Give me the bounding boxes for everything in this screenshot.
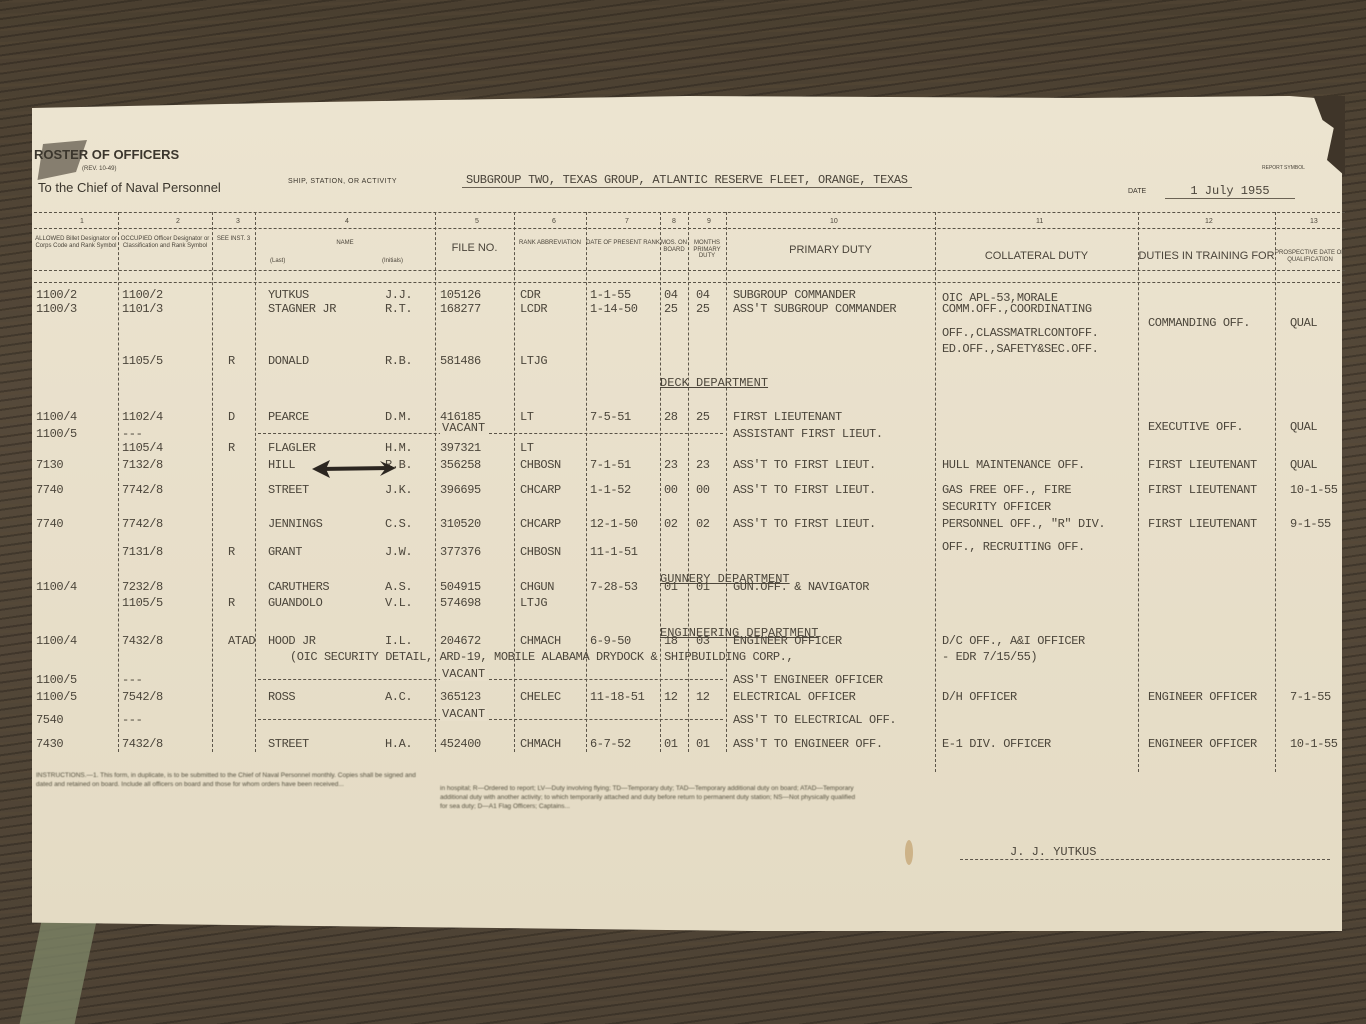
hand-drawn-arrow-icon (312, 458, 402, 480)
cell-file: 452400 (440, 737, 481, 751)
activity-label: SHIP, STATION, OR ACTIVITY (288, 178, 397, 185)
column-header: RANK ABBREVIATION (514, 240, 586, 247)
cell-occupied: 1105/4 (122, 441, 163, 455)
cell-rank: CHCARP (520, 517, 561, 531)
cell-mos-primary: 25 (696, 302, 710, 316)
cell-mos-board: 18 (664, 634, 678, 648)
column-header: COLLATERAL DUTY (935, 250, 1138, 262)
column-number: 4 (345, 218, 349, 225)
cell-initials: I.L. (385, 634, 412, 648)
column-number: 5 (475, 218, 479, 225)
cell-collateral: COMM.OFF.,COORDINATING (942, 302, 1092, 316)
cell-allowed: 1100/5 (36, 690, 77, 704)
cell-file: 204672 (440, 634, 481, 648)
cell-collateral: PERSONNEL OFF., "R" DIV. (942, 517, 1105, 531)
cell-collateral: D/C OFF., A&I OFFICER (942, 634, 1085, 648)
cell-occupied: --- (122, 673, 142, 687)
instructions-right: in hospital; R—Ordered to report; LV—Dut… (440, 785, 860, 811)
cell-occupied: --- (122, 427, 142, 441)
column-number: 8 (672, 218, 676, 225)
cell-rank: CHBOSN (520, 458, 561, 472)
cell-allowed: 7740 (36, 517, 63, 531)
cell-training: EXECUTIVE OFF. (1148, 420, 1243, 434)
cell-mos-board: 01 (664, 580, 678, 594)
cell-primary: ASS'T SUBGROUP COMMANDER (733, 302, 896, 316)
cell-allowed: 1100/4 (36, 634, 77, 648)
cell-rank: CDR (520, 288, 540, 302)
cell-qual: 7-1-55 (1290, 690, 1331, 704)
cell-date-rank: 6-7-52 (590, 737, 631, 751)
cell-last: STREET (268, 737, 309, 751)
cell-mos-primary: 04 (696, 288, 710, 302)
cell-collateral: - EDR 7/15/55) (942, 650, 1037, 664)
cell-date-rank: 6-9-50 (590, 634, 631, 648)
cell-last: ROSS (268, 690, 295, 704)
column-header: ALLOWED Billet Designator or Corps Code … (34, 236, 118, 249)
cell-initials: J.K. (385, 483, 412, 497)
name-sub-initials: (Initials) (382, 258, 403, 265)
cell-last: CARUTHERS (268, 580, 329, 594)
cell-file: 504915 (440, 580, 481, 594)
cell-primary: ASS'T ENGINEER OFFICER (733, 673, 883, 687)
cell-initials: C.S. (385, 517, 412, 531)
cell-allowed: 1100/5 (36, 673, 77, 687)
cell-occupied: 7132/8 (122, 458, 163, 472)
signature: J. J. YUTKUS (960, 845, 1330, 860)
table-rule (34, 212, 1345, 213)
cell-initials: R.T. (385, 302, 412, 316)
column-divider (212, 212, 213, 752)
cell-training: COMMANDING OFF. (1148, 316, 1250, 330)
cell-inst: R (228, 596, 235, 610)
cell-qual: 9-1-55 (1290, 517, 1331, 531)
cell-occupied: 1101/3 (122, 302, 163, 316)
cell-last: DONALD (268, 354, 309, 368)
vacant-line (258, 719, 723, 720)
cell-primary: ASS'T TO FIRST LIEUT. (733, 517, 876, 531)
cell-allowed: 7130 (36, 458, 63, 472)
cell-rank: LTJG (520, 596, 547, 610)
form-revision: (REV. 10-49) (82, 166, 116, 172)
cell-collateral: E-1 DIV. OFFICER (942, 737, 1051, 751)
column-header: OCCUPIED Officer Designator or Classific… (118, 236, 212, 249)
cell-inst: ATAD (228, 634, 255, 648)
column-header: DUTIES IN TRAINING FOR (1138, 250, 1275, 262)
column-divider (255, 212, 256, 752)
cell-mos-board: 23 (664, 458, 678, 472)
column-number: 10 (830, 218, 838, 225)
column-header: DATE OF PRESENT RANK (586, 240, 660, 247)
cell-occupied: 7432/8 (122, 634, 163, 648)
cell-rank: CHGUN (520, 580, 554, 594)
cell-date-rank: 1-1-55 (590, 288, 631, 302)
cell-file: 105126 (440, 288, 481, 302)
cell-file: 574698 (440, 596, 481, 610)
column-divider (586, 212, 587, 752)
cell-rank: LCDR (520, 302, 547, 316)
cell-primary: FIRST LIEUTENANT (733, 410, 842, 424)
cell-training: FIRST LIEUTENANT (1148, 517, 1257, 531)
cell-primary: GUN.OFF. & NAVIGATOR (733, 580, 869, 594)
column-number: 7 (625, 218, 629, 225)
cell-mos-primary: 23 (696, 458, 710, 472)
cell-rank: LT (520, 441, 534, 455)
cell-initials: D.M. (385, 410, 412, 424)
column-header: PRIMARY DUTY (726, 244, 935, 256)
cell-qual: QUAL (1290, 316, 1317, 330)
column-number: 13 (1310, 218, 1318, 225)
cell-mos-board: 00 (664, 483, 678, 497)
cell-mos-primary: 25 (696, 410, 710, 424)
column-divider (688, 212, 689, 752)
cell-last: HILL (268, 458, 295, 472)
column-number: 9 (707, 218, 711, 225)
cell-file: 377376 (440, 545, 481, 559)
cell-allowed: 1100/2 (36, 288, 77, 302)
cell-primary: ASS'T TO FIRST LIEUT. (733, 458, 876, 472)
cell-inst: D (228, 410, 235, 424)
cell-last: GRANT (268, 545, 302, 559)
cell-occupied: 1100/2 (122, 288, 163, 302)
cell-collateral: OFF.,CLASSMATRLCONTOFF. (942, 326, 1098, 340)
cell-mos-board: 28 (664, 410, 678, 424)
column-divider (660, 212, 661, 752)
column-divider (726, 212, 727, 752)
column-divider (935, 212, 936, 772)
cell-file: 356258 (440, 458, 481, 472)
cell-last: YUTKUS (268, 288, 309, 302)
column-number: 1 (80, 218, 84, 225)
column-header: MOS. ON BOARD (660, 240, 688, 253)
cell-rank: CHMACH (520, 634, 561, 648)
stain (905, 840, 913, 865)
cell-qual: QUAL (1290, 420, 1317, 434)
cell-date-rank: 1-14-50 (590, 302, 638, 316)
cell-occupied: 7542/8 (122, 690, 163, 704)
column-number: 3 (236, 218, 240, 225)
cell-file: 365123 (440, 690, 481, 704)
cell-initials: V.L. (385, 596, 412, 610)
cell-primary: ASS'T TO ELECTRICAL OFF. (733, 713, 896, 727)
cell-mos-primary: 03 (696, 634, 710, 648)
cell-allowed: 7540 (36, 713, 63, 727)
cell-collateral: OFF., RECRUITING OFF. (942, 540, 1085, 554)
cell-occupied: --- (122, 713, 142, 727)
column-divider (118, 212, 119, 752)
column-divider (1138, 212, 1139, 772)
cell-file: 168277 (440, 302, 481, 316)
column-divider (1275, 212, 1276, 772)
cell-date-rank: 1-1-52 (590, 483, 631, 497)
table-rule (34, 228, 1345, 229)
vacant-line (258, 679, 723, 680)
cell-mos-primary: 12 (696, 690, 710, 704)
cell-mos-board: 02 (664, 517, 678, 531)
cell-initials: H.A. (385, 737, 412, 751)
cell-last: STAGNER JR (268, 302, 336, 316)
cell-inst: R (228, 354, 235, 368)
cell-initials: H.M. (385, 441, 412, 455)
cell-date-rank: 7-5-51 (590, 410, 631, 424)
column-divider (514, 212, 515, 752)
cell-last: PEARCE (268, 410, 309, 424)
cell-allowed: 1100/3 (36, 302, 77, 316)
cell-mos-board: 12 (664, 690, 678, 704)
form-recipient: To the Chief of Naval Personnel (38, 180, 221, 195)
cell-occupied: 7742/8 (122, 483, 163, 497)
cell-collateral: HULL MAINTENANCE OFF. (942, 458, 1085, 472)
cell-initials: J.W. (385, 545, 412, 559)
cell-occupied: 7232/8 (122, 580, 163, 594)
cell-rank: CHELEC (520, 690, 561, 704)
cell-primary: ENGINEER OFFICER (733, 634, 842, 648)
cell-allowed: 1100/4 (36, 580, 77, 594)
cell-occupied: 7742/8 (122, 517, 163, 531)
cell-file: 310520 (440, 517, 481, 531)
name-sub-last: (Last) (270, 258, 285, 265)
cell-date-rank: 7-1-51 (590, 458, 631, 472)
table-rule (34, 270, 1345, 271)
dept-deck: DECK DEPARTMENT (660, 376, 768, 390)
cell-primary: SUBGROUP COMMANDER (733, 288, 855, 302)
vacant-line (258, 433, 723, 434)
cell-initials: A.C. (385, 690, 412, 704)
vacant-label: VACANT (440, 421, 487, 435)
cell-occupied: 1105/5 (122, 354, 163, 368)
cell-file: 397321 (440, 441, 481, 455)
cell-date-rank: 7-28-53 (590, 580, 638, 594)
cell-primary: ASS'T TO ENGINEER OFF. (733, 737, 883, 751)
cell-collateral: SECURITY OFFICER (942, 500, 1051, 514)
cell-collateral: GAS FREE OFF., FIRE (942, 483, 1071, 497)
cell-occupied: 1102/4 (122, 410, 163, 424)
column-number: 6 (552, 218, 556, 225)
cell-note: (OIC SECURITY DETAIL, ARD-19, MOBILE ALA… (290, 650, 793, 664)
instructions-left: INSTRUCTIONS.—1. This form, in duplicate… (36, 772, 416, 790)
cell-occupied: 7432/8 (122, 737, 163, 751)
cell-rank: LT (520, 410, 534, 424)
column-number: 2 (176, 218, 180, 225)
column-header: MONTHS PRIMARY DUTY (688, 240, 726, 260)
cell-initials: A.S. (385, 580, 412, 594)
cell-allowed: 7430 (36, 737, 63, 751)
date-label: DATE (1128, 188, 1146, 195)
cell-training: ENGINEER OFFICER (1148, 690, 1257, 704)
cell-primary: ASSISTANT FIRST LIEUT. (733, 427, 883, 441)
column-number: 12 (1205, 218, 1213, 225)
cell-occupied: 7131/8 (122, 545, 163, 559)
signature-name: J. J. YUTKUS (1010, 845, 1096, 859)
cell-last: JENNINGS (268, 517, 322, 531)
column-header: FILE NO. (435, 242, 514, 254)
cell-inst: R (228, 545, 235, 559)
cell-primary: ELECTRICAL OFFICER (733, 690, 855, 704)
cell-date-rank: 11-18-51 (590, 690, 644, 704)
cell-date-rank: 11-1-51 (590, 545, 638, 559)
cell-mos-board: 01 (664, 737, 678, 751)
cell-qual: QUAL (1290, 458, 1317, 472)
cell-rank: CHBOSN (520, 545, 561, 559)
cell-last: FLAGLER (268, 441, 316, 455)
column-divider (435, 212, 436, 752)
date-value: 1 July 1955 (1165, 184, 1295, 199)
cell-collateral: ED.OFF.,SAFETY&SEC.OFF. (942, 342, 1098, 356)
cell-allowed: 1100/5 (36, 427, 77, 441)
form-title: ROSTER OF OFFICERS (34, 147, 179, 162)
cell-training: FIRST LIEUTENANT (1148, 458, 1257, 472)
cell-date-rank: 12-1-50 (590, 517, 638, 531)
cell-training: ENGINEER OFFICER (1148, 737, 1257, 751)
cell-last: HOOD JR (268, 634, 316, 648)
cell-collateral: D/H OFFICER (942, 690, 1017, 704)
column-header: NAME (255, 240, 435, 247)
cell-rank: CHMACH (520, 737, 561, 751)
cell-primary: ASS'T TO FIRST LIEUT. (733, 483, 876, 497)
column-header: PROSPECTIVE DATE OF QUALIFICATION (1275, 250, 1345, 263)
cell-mos-board: 04 (664, 288, 678, 302)
cell-qual: 10-1-55 (1290, 483, 1338, 497)
cell-initials: J.J. (385, 288, 412, 302)
cell-mos-board: 25 (664, 302, 678, 316)
cell-allowed: 1100/4 (36, 410, 77, 424)
cell-rank: LTJG (520, 354, 547, 368)
cell-file: 396695 (440, 483, 481, 497)
cell-training: FIRST LIEUTENANT (1148, 483, 1257, 497)
vacant-label: VACANT (440, 707, 487, 721)
cell-mos-primary: 01 (696, 580, 710, 594)
column-number: 11 (1036, 218, 1043, 225)
column-header: SEE INST. 3 (212, 236, 255, 243)
cell-last: GUANDOLO (268, 596, 322, 610)
cell-inst: R (228, 441, 235, 455)
activity-value: SUBGROUP TWO, TEXAS GROUP, ATLANTIC RESE… (462, 173, 912, 188)
cell-mos-primary: 02 (696, 517, 710, 531)
cell-initials: R.B. (385, 354, 412, 368)
cell-allowed: 7740 (36, 483, 63, 497)
cell-mos-primary: 00 (696, 483, 710, 497)
cell-occupied: 1105/5 (122, 596, 163, 610)
report-symbol: REPORT SYMBOL (1262, 165, 1305, 171)
cell-file: 581486 (440, 354, 481, 368)
cell-rank: CHCARP (520, 483, 561, 497)
cell-last: STREET (268, 483, 309, 497)
cell-mos-primary: 01 (696, 737, 710, 751)
cell-qual: 10-1-55 (1290, 737, 1338, 751)
table-rule (34, 282, 1345, 283)
vacant-label: VACANT (440, 667, 487, 681)
